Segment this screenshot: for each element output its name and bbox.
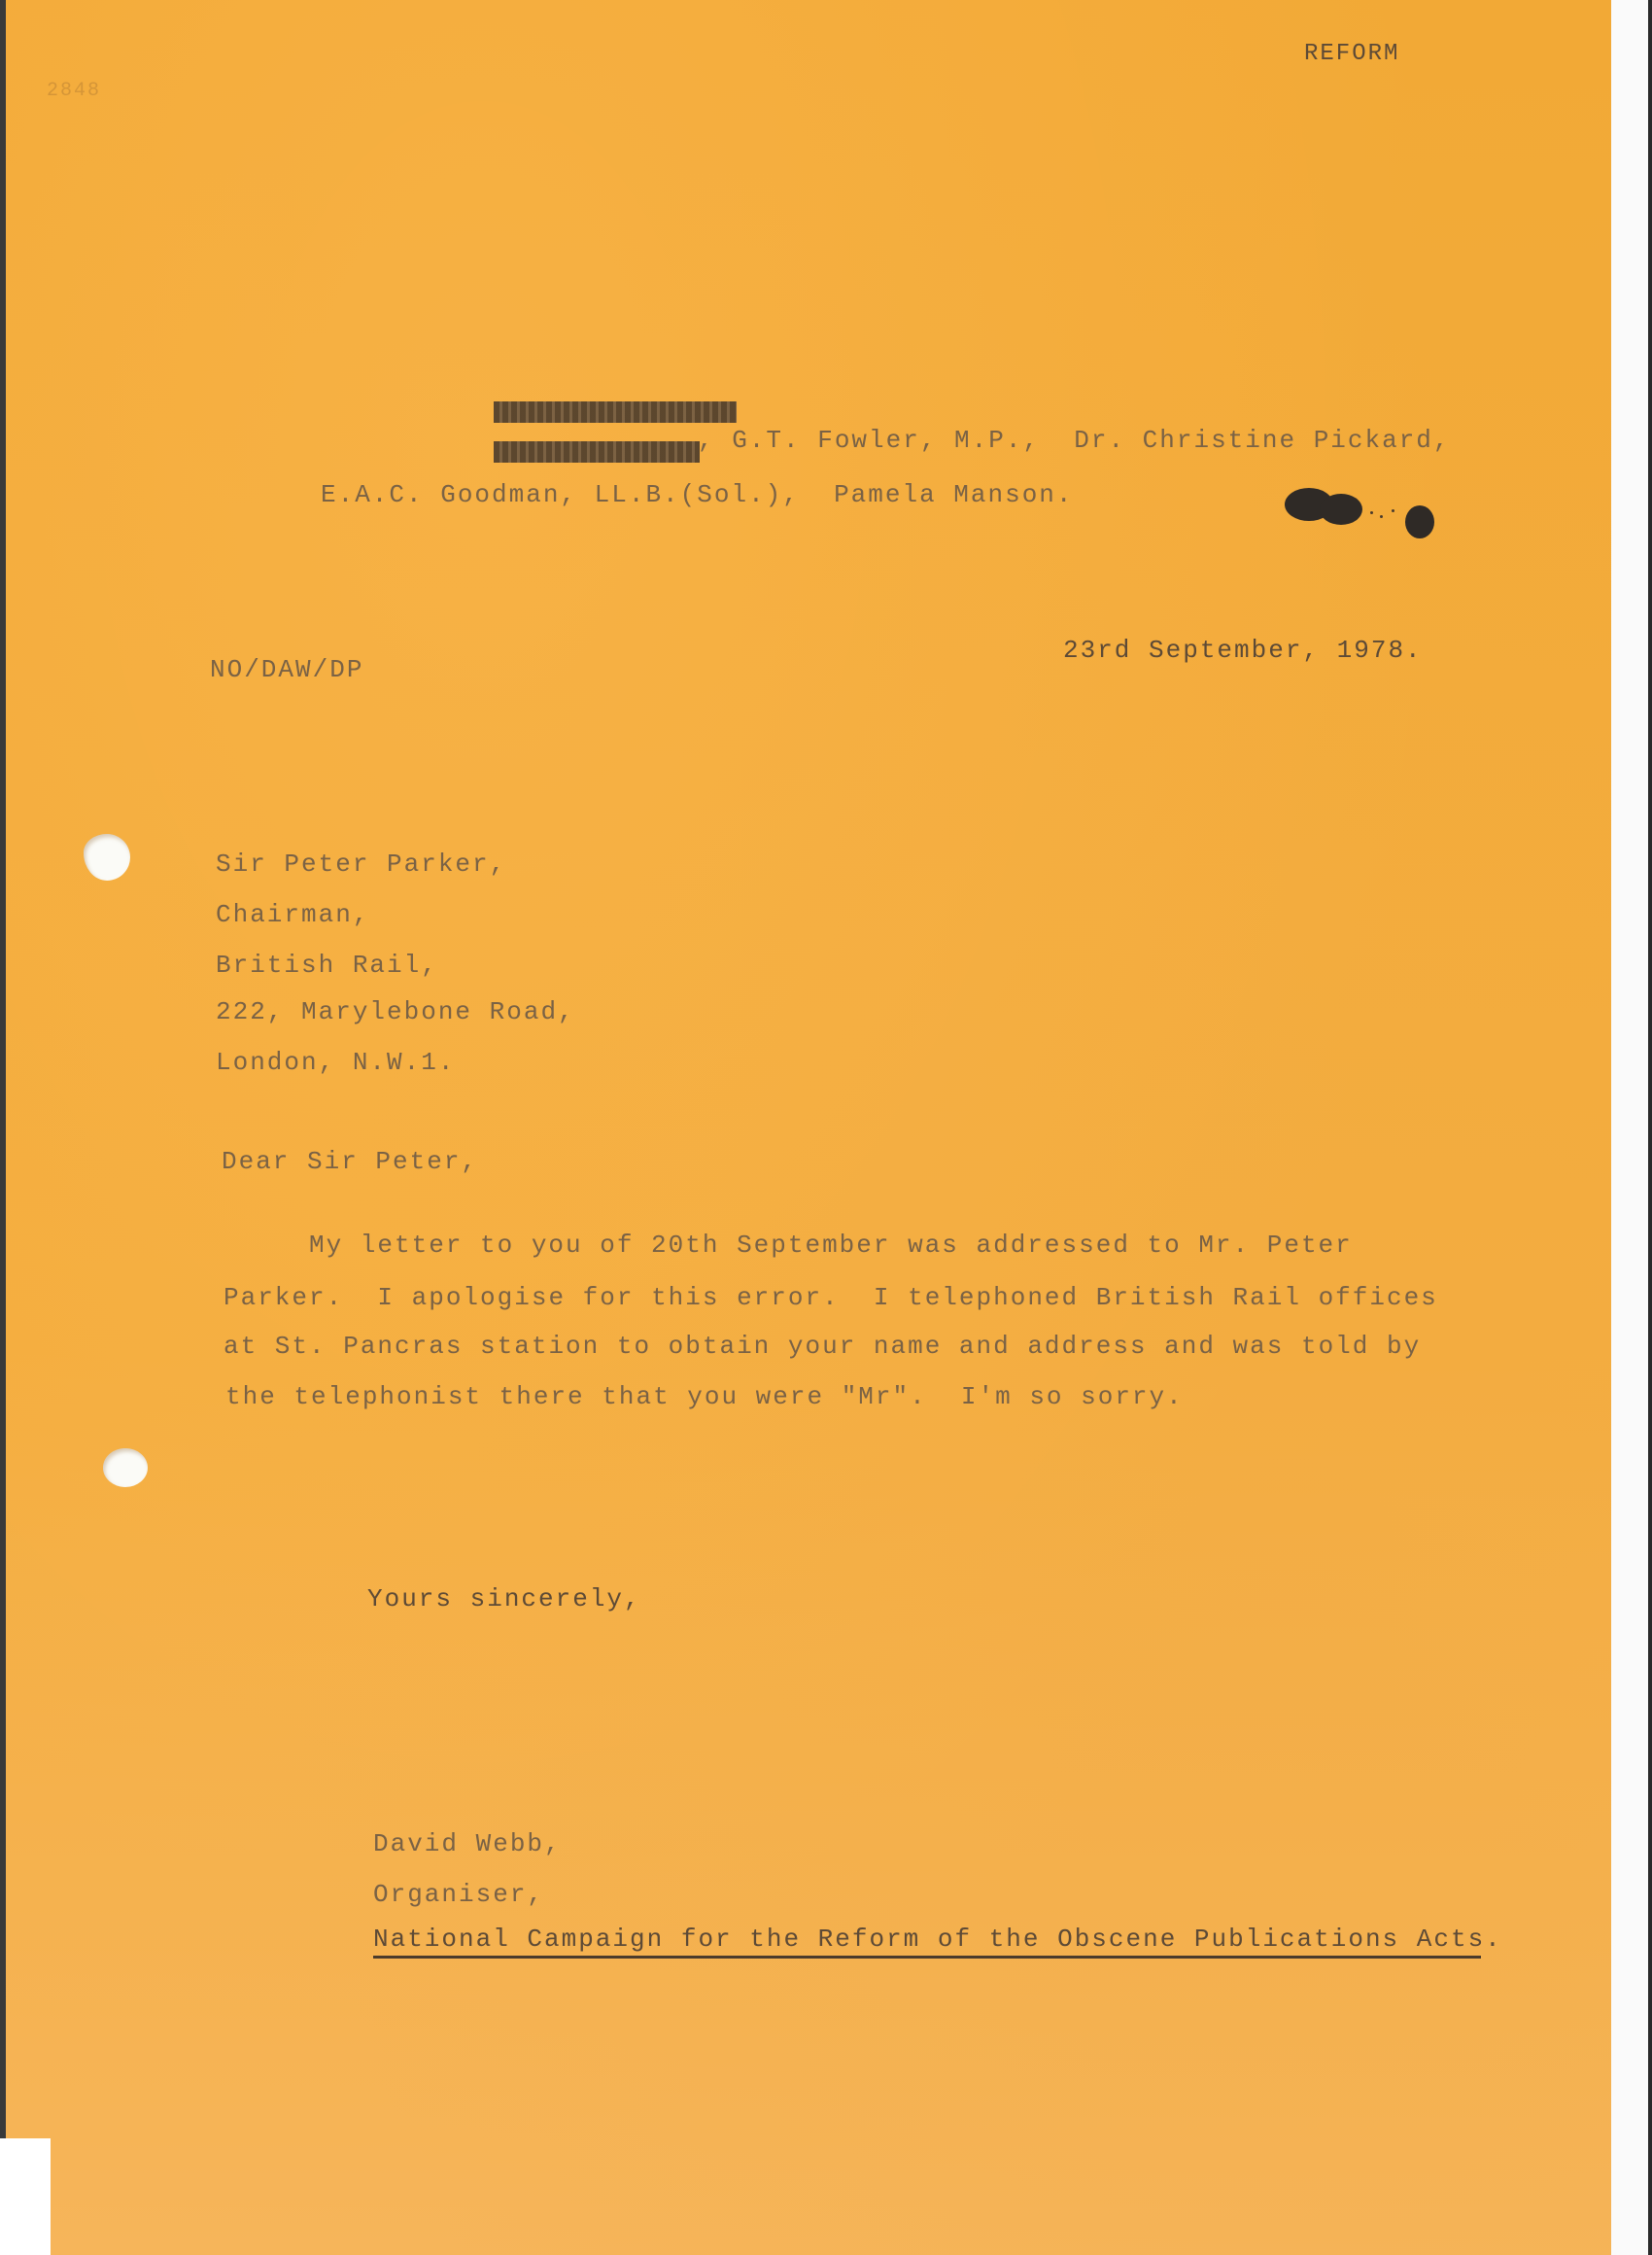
redaction-bar-1 xyxy=(494,401,737,423)
committee-line-2: E.A.C. Goodman, LL.B.(Sol.), Pamela Mans… xyxy=(321,482,1074,507)
body-line: My letter to you of 20th September was a… xyxy=(309,1232,1353,1258)
scan-edge-left xyxy=(0,0,6,2255)
letter-page xyxy=(0,0,1611,2255)
punch-hole-bottom xyxy=(103,1448,148,1487)
organisation-underline xyxy=(373,1956,1481,1959)
header-tag: REFORM xyxy=(1304,43,1399,66)
pencil-mark: 2848 xyxy=(47,82,101,101)
letter-date: 23rd September, 1978. xyxy=(1063,638,1423,663)
redaction-bar-2 xyxy=(494,441,700,463)
ink-blot xyxy=(1405,505,1434,538)
signatory-title: Organiser, xyxy=(373,1882,544,1907)
body-line: at St. Pancras station to obtain your na… xyxy=(224,1334,1421,1359)
scan-edge-right xyxy=(1648,0,1652,2255)
committee-line-1: , G.T. Fowler, M.P., Dr. Christine Picka… xyxy=(698,428,1451,453)
recipient-line: London, N.W.1. xyxy=(216,1050,455,1075)
reference-code: NO/DAW/DP xyxy=(210,657,363,682)
recipient-line: British Rail, xyxy=(216,953,438,978)
recipient-line: Sir Peter Parker, xyxy=(216,851,506,877)
punch-hole-top xyxy=(84,834,130,881)
ink-blot xyxy=(1320,494,1362,525)
body-line: the telephonist there that you were "Mr"… xyxy=(225,1384,1184,1409)
recipient-line: Chairman, xyxy=(216,902,369,927)
body-line: Parker. I apologise for this error. I te… xyxy=(224,1285,1438,1310)
signatory-name: David Webb, xyxy=(373,1831,562,1856)
scan-margin-bottom-left xyxy=(0,2138,51,2255)
recipient-line: 222, Marylebone Road, xyxy=(216,999,575,1024)
signatory-organisation: National Campaign for the Reform of the … xyxy=(373,1926,1502,1952)
scan-margin-right xyxy=(1611,0,1652,2255)
closing: Yours sincerely, xyxy=(367,1586,641,1612)
salutation: Dear Sir Peter, xyxy=(222,1149,478,1174)
